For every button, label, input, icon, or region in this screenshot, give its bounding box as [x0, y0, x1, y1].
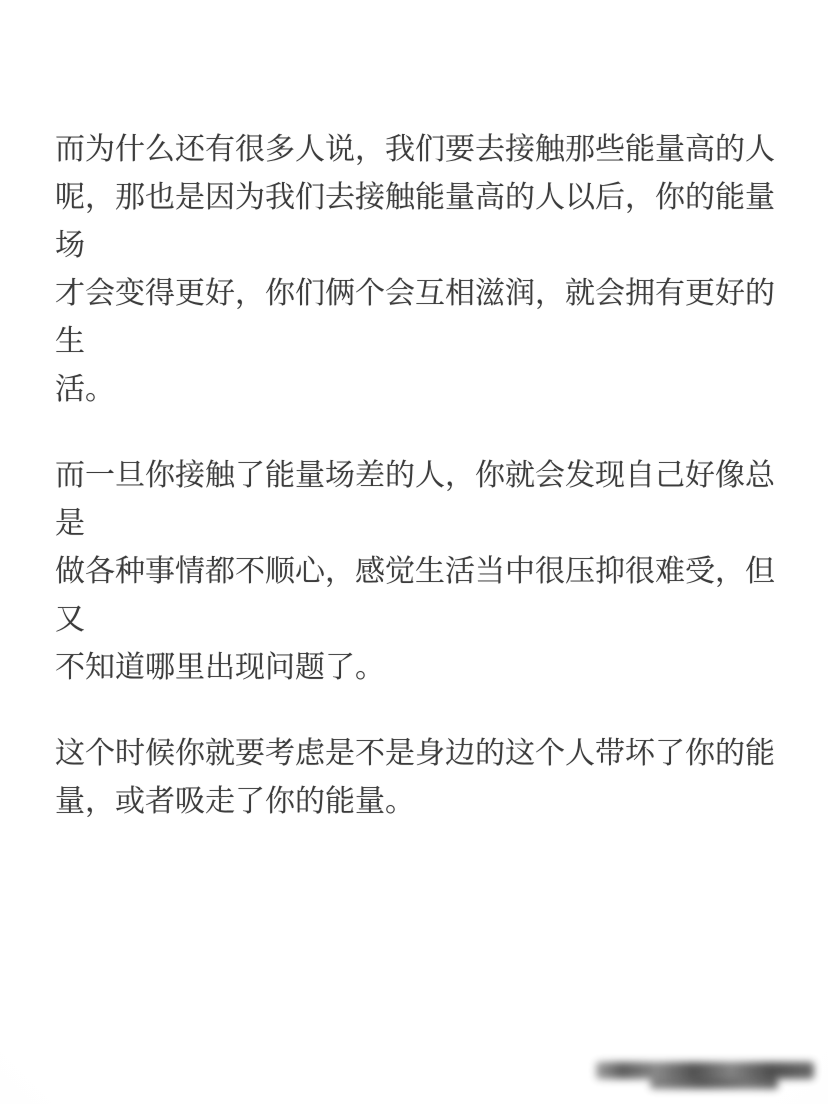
watermark-blur-illegible	[592, 1058, 820, 1094]
paragraph-2: 而一旦你接触了能量场差的人，你就会发现自己好像总是 做各种事情都不顺心，感觉生活…	[55, 452, 780, 692]
paragraph-1: 而为什么还有很多人说，我们要去接触那些能量高的人 呢，那也是因为我们去接触能量高…	[55, 126, 780, 414]
watermark-smudge-bottom	[650, 1079, 778, 1089]
paragraph-3: 这个时候你就要考虑是不是身边的这个人带坏了你的能 量，或者吸走了你的能量。	[55, 730, 780, 826]
text-page: 而为什么还有很多人说，我们要去接触那些能量高的人 呢，那也是因为我们去接触能量高…	[55, 126, 780, 864]
watermark-smudge-top	[596, 1062, 814, 1079]
